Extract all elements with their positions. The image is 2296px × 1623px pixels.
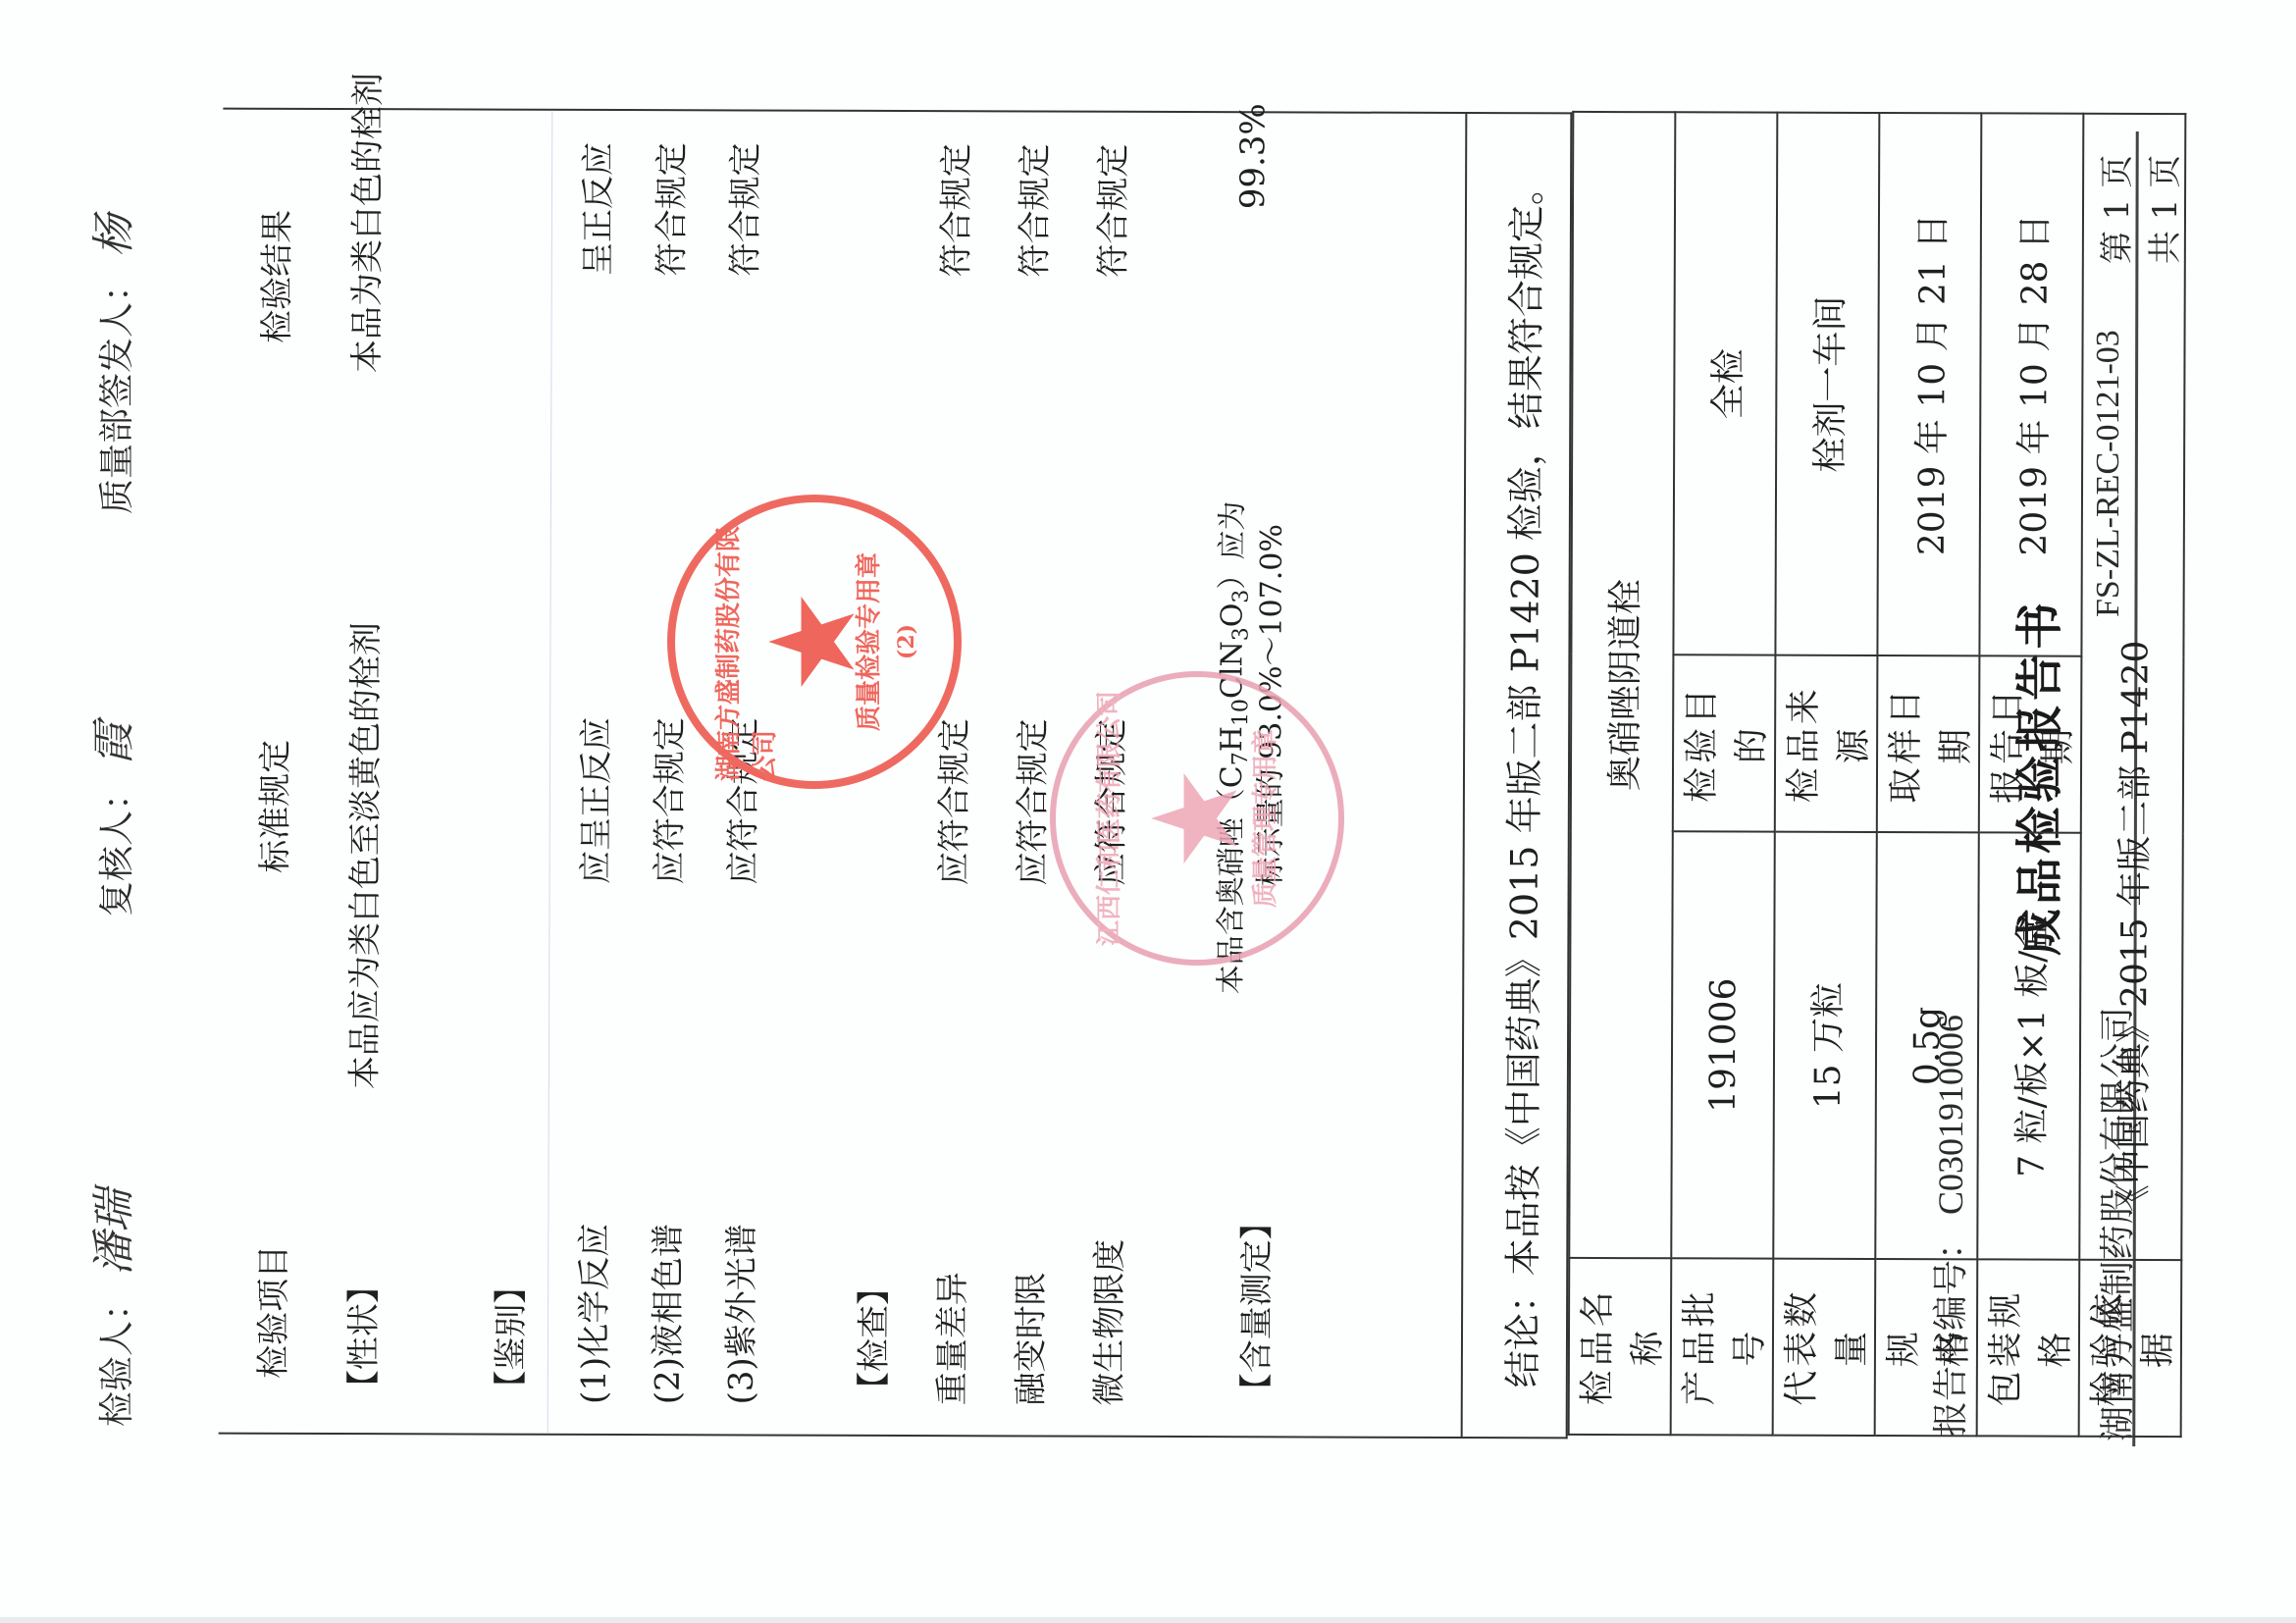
- faint-divider: [548, 111, 553, 1434]
- product-name-value: 奥硝唑阴道栓: [1569, 112, 1675, 1258]
- seal-bottom-text: 质量管理专用章: [1245, 729, 1281, 908]
- section-tests: 【检查】: [847, 1272, 895, 1405]
- quantity-label: 代表数量: [1773, 1259, 1876, 1436]
- seal-bottom-text: 质量检验专用章: [849, 552, 885, 731]
- reviewer-handwriting: 霞: [89, 722, 139, 765]
- packaging-value: 7 粒/板×1 板/盒: [1977, 833, 2081, 1260]
- qc-seal-stamp: 湖南方盛制药股份有限公司 ★ 质量检验专用章 (2): [667, 495, 962, 789]
- identification-result-2: 符合规定: [645, 142, 693, 276]
- section-appearance: 【性状】: [337, 1270, 385, 1403]
- seal-top-text: 湖南方盛制药股份有限公司: [708, 502, 781, 781]
- star-icon: ★: [1138, 765, 1256, 871]
- identification-item-1: (1)化学反应: [567, 1224, 616, 1404]
- inspector-label: 检验人：: [97, 1285, 137, 1427]
- test-item-1: 重量差异: [925, 1272, 973, 1405]
- purpose-value: 全检: [1673, 112, 1777, 655]
- test-item-2: 融变时限: [1004, 1272, 1052, 1405]
- inspection-report-page: 湖南方盛制药股份有限公司 FS-ZL-REC-0121-03 第 1 页 共 1…: [0, 0, 2296, 1623]
- conclusion-text: 结论：本品按《中国药典》2015 年版二部 P1420 检验，结果符合规定。: [1492, 168, 1550, 1387]
- test-result-1: 符合规定: [929, 143, 977, 277]
- column-header-result: 检验结果: [250, 210, 298, 343]
- appearance-standard: 本品应为类白色至淡黄色的栓剂: [338, 622, 388, 1089]
- identification-standard-2: 应符合规定: [643, 717, 692, 884]
- customer-seal-stamp: 江西仁和医药有限公司 ★ 质量管理专用章: [1050, 671, 1344, 966]
- column-header-standard: 标准规定: [248, 740, 296, 873]
- identification-item-3: (3)紫外光谱: [714, 1224, 763, 1404]
- seal-number: (2): [894, 624, 919, 659]
- sampling-date-value: 2019 年 10 月 21 日: [1877, 113, 1981, 656]
- identification-standard-1: 应呈正反应: [569, 717, 618, 884]
- section-assay: 【含量测定】: [1229, 1206, 1278, 1406]
- inspector-handwriting: 潘瑞: [89, 1189, 139, 1276]
- approver-signature: 质量部签发人：杨: [78, 214, 141, 514]
- approver-label: 质量部签发人：: [97, 267, 137, 514]
- reviewer-signature: 复核人：霞: [78, 722, 141, 916]
- identification-item-2: (2)液相色谱: [641, 1224, 690, 1404]
- table-row: 产品批号 191006 检验目的 全检: [1671, 112, 1778, 1435]
- reviewer-label: 复核人：: [97, 775, 137, 916]
- batch-no-value: 191006: [1671, 832, 1775, 1259]
- spec-label: 规 格: [1875, 1259, 1978, 1436]
- assay-standard-suffix: ）应为: [1216, 501, 1250, 590]
- table-row: 包装规格 7 粒/板×1 板/盒 报告日期 2019 年 10 月 28 日: [1977, 113, 2084, 1436]
- appearance-result: 本品为类白色的栓剂: [339, 73, 389, 373]
- column-header-item: 检验项目: [246, 1245, 294, 1379]
- conclusion-row: 结论：本品按《中国药典》2015 年版二部 P1420 检验，结果符合规定。: [1461, 114, 1571, 1437]
- quantity-value: 15 万粒: [1773, 832, 1877, 1259]
- product-name-label: 检品名称: [1569, 1258, 1672, 1435]
- test-result-3: 符合规定: [1086, 144, 1134, 278]
- basis-value: 《中国药典》2015 年版二部 P1420: [2079, 114, 2185, 1260]
- report-date-label: 报告日期: [1979, 656, 2082, 833]
- report-date-value: 2019 年 10 月 28 日: [1979, 113, 2083, 656]
- table-row: 检品名称 奥硝唑阴道栓: [1569, 112, 1676, 1435]
- approver-handwriting: 杨: [89, 214, 139, 257]
- seal-top-text: 江西仁和医药有限公司: [1089, 691, 1125, 946]
- batch-no-label: 产品批号: [1671, 1258, 1774, 1435]
- packaging-label: 包装规格: [1977, 1259, 2080, 1436]
- inspector-signature: 检验人：潘瑞: [78, 1189, 141, 1427]
- identification-result-3: 符合规定: [718, 142, 766, 276]
- source-label: 检品来源: [1775, 655, 1878, 832]
- test-item-3: 微生物限度: [1082, 1239, 1131, 1406]
- spec-value: 0.5g: [1875, 832, 1979, 1259]
- section-identification: 【鉴别】: [484, 1271, 532, 1404]
- table-row: 规 格 0.5g 取样日期 2019 年 10 月 21 日: [1875, 113, 1982, 1436]
- formula-element: O: [1216, 603, 1250, 628]
- assay-result: 99.3%: [1233, 103, 1273, 209]
- sampling-date-label: 取样日期: [1877, 655, 1980, 832]
- basis-label: 检验依据: [2079, 1260, 2182, 1437]
- test-standard-1: 应符合规定: [927, 718, 976, 885]
- results-header-row: 检验项目 标准规定 检验结果: [219, 110, 312, 1433]
- test-standard-2: 应符合规定: [1006, 718, 1055, 885]
- product-info-table: 检品名称 奥硝唑阴道栓 产品批号 191006 检验目的 全检 代表数量 15 …: [1568, 111, 2187, 1438]
- source-value: 栓剂一车间: [1775, 113, 1879, 656]
- identification-result-1: 呈正反应: [571, 142, 619, 276]
- table-row: 代表数量 15 万粒 检品来源 栓剂一车间: [1773, 113, 1880, 1436]
- purpose-label: 检验目的: [1673, 655, 1776, 832]
- table-row: 检验依据 《中国药典》2015 年版二部 P1420: [2079, 114, 2186, 1437]
- test-result-2: 符合规定: [1008, 143, 1056, 277]
- results-table: 检验项目 标准规定 检验结果 【性状】 本品应为类白色至淡黄色的栓剂 本品为类白…: [219, 108, 1573, 1440]
